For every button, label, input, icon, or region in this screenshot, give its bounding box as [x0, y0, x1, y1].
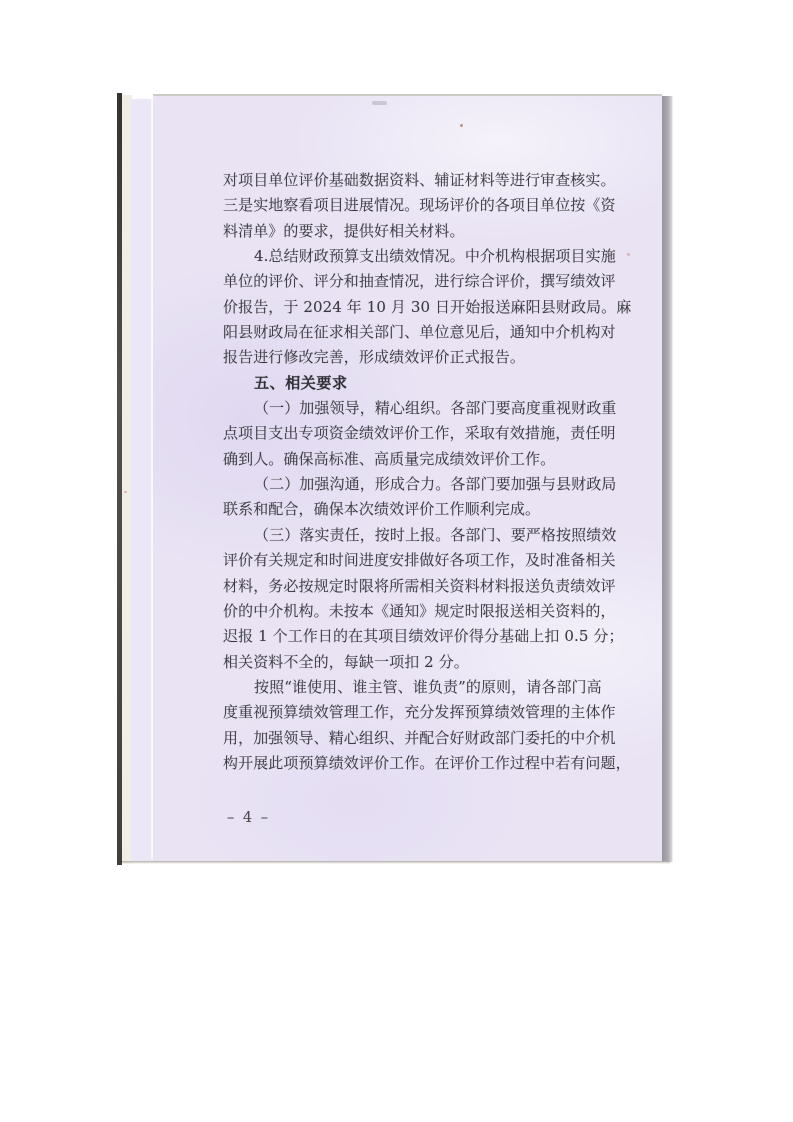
- text-line: 度重视预算绩效管理工作，充分发挥预算绩效管理的主体作: [223, 700, 621, 725]
- text-line: （一）加强领导，精心组织。各部门要高度重视财政重: [223, 396, 621, 421]
- text-line: 价报告，于 2024 年 10 月 30 日开始报送麻阳县财政局。麻: [223, 295, 621, 320]
- paper-bottom-shadow: [122, 861, 670, 864]
- text-line: 4.总结财政预算支出绩效情况。中介机构根据项目实施: [223, 244, 621, 269]
- text-line: 评价有关规定和时间进度安排做好各项工作，及时准备相关: [223, 548, 621, 573]
- text-line: 相关资料不全的，每缺一项扣 2 分。: [223, 650, 621, 675]
- scan-artifact-speck: [460, 124, 463, 127]
- text-line: 三是实地察看项目进展情况。现场评价的各项目单位按《资: [223, 193, 621, 218]
- text-line: 构开展此项预算绩效评价工作。在评价工作过程中若有问题，: [223, 751, 621, 776]
- text-line: 点项目支出专项资金绩效评价工作，采取有效措施，责任明: [223, 421, 621, 446]
- text-line: 确到人。确保高标准、高质量完成绩效评价工作。: [223, 447, 621, 472]
- text-line: 料清单》的要求，提供好相关材料。: [223, 219, 621, 244]
- document-body: 对项目单位评价基础数据资料、辅证材料等进行审查核实。三是实地察看项目进展情况。现…: [223, 168, 621, 776]
- text-line: 对项目单位评价基础数据资料、辅证材料等进行审查核实。: [223, 168, 621, 193]
- text-line: 阳县财政局在征求相关部门、单位意见后，通知中介机构对: [223, 320, 621, 345]
- scan-artifact-smudge: [372, 101, 387, 105]
- text-line: 用，加强领导、精心组织、并配合好财政部门委托的中介机: [223, 726, 621, 751]
- scan-background: 对项目单位评价基础数据资料、辅证材料等进行审查核实。三是实地察看项目进展情况。现…: [0, 0, 793, 1122]
- paper-right-shadow: [662, 96, 673, 862]
- text-line: 材料，务必按规定时限将所需相关资料材料报送负责绩效评: [223, 574, 621, 599]
- text-line: 迟报 1 个工作日的在其项目绩效评价得分基础上扣 0.5 分；: [223, 624, 621, 649]
- page-number: – 4 –: [227, 806, 270, 831]
- scan-artifact-edge-speck: [124, 491, 127, 493]
- text-line: 价的中介机构。未按本《通知》规定时限报送相关资料的，: [223, 599, 621, 624]
- text-line: 联系和配合，确保本次绩效评价工作顺利完成。: [223, 497, 621, 522]
- text-line: （二）加强沟通，形成合力。各部门要加强与县财政局: [223, 472, 621, 497]
- text-line: 报告进行修改完善，形成绩效评价正式报告。: [223, 345, 621, 370]
- scan-artifact-speck-pink: [627, 253, 630, 256]
- text-line: 按照“谁使用、谁主管、谁负责”的原则，请各部门高: [223, 675, 621, 700]
- text-line: （三）落实责任，按时上报。各部门、要严格按照绩效: [223, 523, 621, 548]
- paper-sheet: 对项目单位评价基础数据资料、辅证材料等进行审查核实。三是实地察看项目进展情况。现…: [153, 94, 662, 862]
- text-line: 单位的评价、评分和抽查情况，进行综合评价，撰写绩效评: [223, 269, 621, 294]
- section-heading-line: 五、相关要求: [223, 371, 621, 396]
